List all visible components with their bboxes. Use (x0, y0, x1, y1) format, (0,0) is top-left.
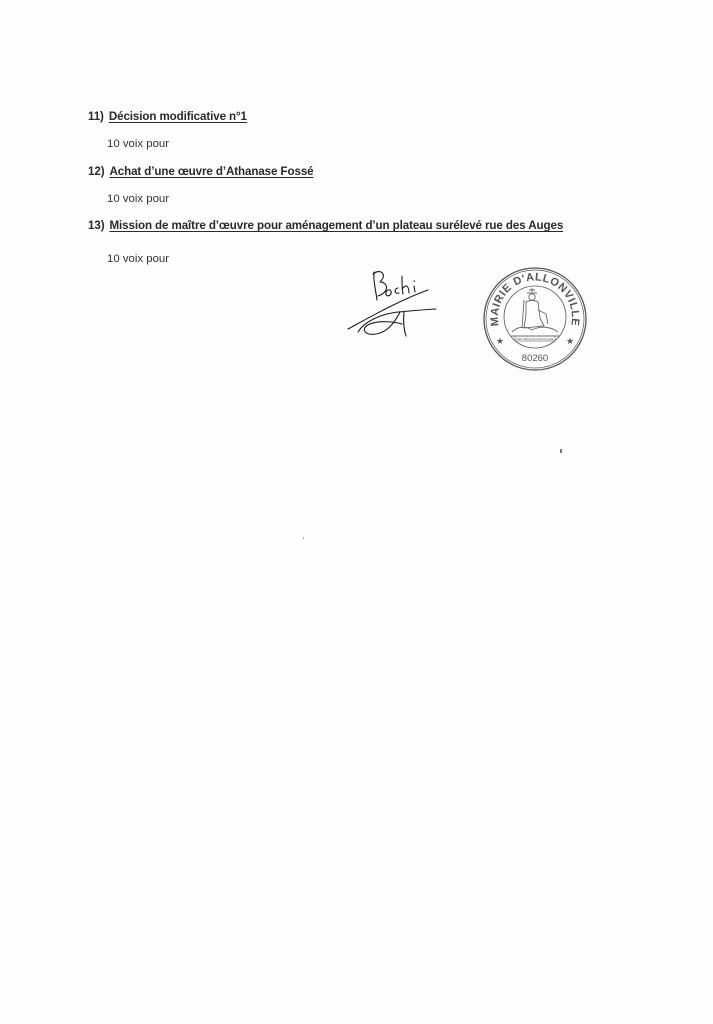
seal-banner-text: RÉPUBLIQUE FRANÇAISE (516, 336, 553, 341)
seal-postal-code: 80260 (522, 353, 548, 364)
agenda-item-11-heading: 11)Décision modificative n°1 (88, 110, 247, 123)
mairie-seal-stamp: MAIRIE D'ALLONVILLE RÉPUBLIQUE FRANÇAISE… (482, 266, 588, 372)
agenda-item-12-vote: 10 voix pour (107, 193, 169, 205)
agenda-item-12-heading: 12)Achat d’une œuvre d’Athanase Fossé (88, 165, 314, 178)
document-page: 11)Décision modificative n°1 10 voix pou… (0, 0, 713, 1024)
agenda-item-11-vote: 10 voix pour (107, 138, 169, 150)
agenda-item-title: Décision modificative n°1 (109, 110, 247, 123)
mayor-signature: Bochi (340, 262, 450, 352)
agenda-item-title: Mission de maître d’œuvre pour aménageme… (109, 219, 563, 232)
agenda-item-title: Achat d’une œuvre d’Athanase Fossé (109, 165, 313, 178)
agenda-item-13-vote: 10 voix pour (107, 253, 169, 265)
agenda-item-number: 12) (88, 165, 104, 178)
scan-speck (303, 537, 304, 539)
agenda-item-number: 11) (88, 110, 104, 123)
seal-star-left: ★ (496, 337, 504, 347)
scan-speck (560, 449, 562, 453)
seal-star-right: ★ (566, 337, 574, 347)
agenda-item-13-heading: 13)Mission de maître d’œuvre pour aménag… (88, 219, 563, 232)
agenda-item-number: 13) (88, 219, 104, 232)
